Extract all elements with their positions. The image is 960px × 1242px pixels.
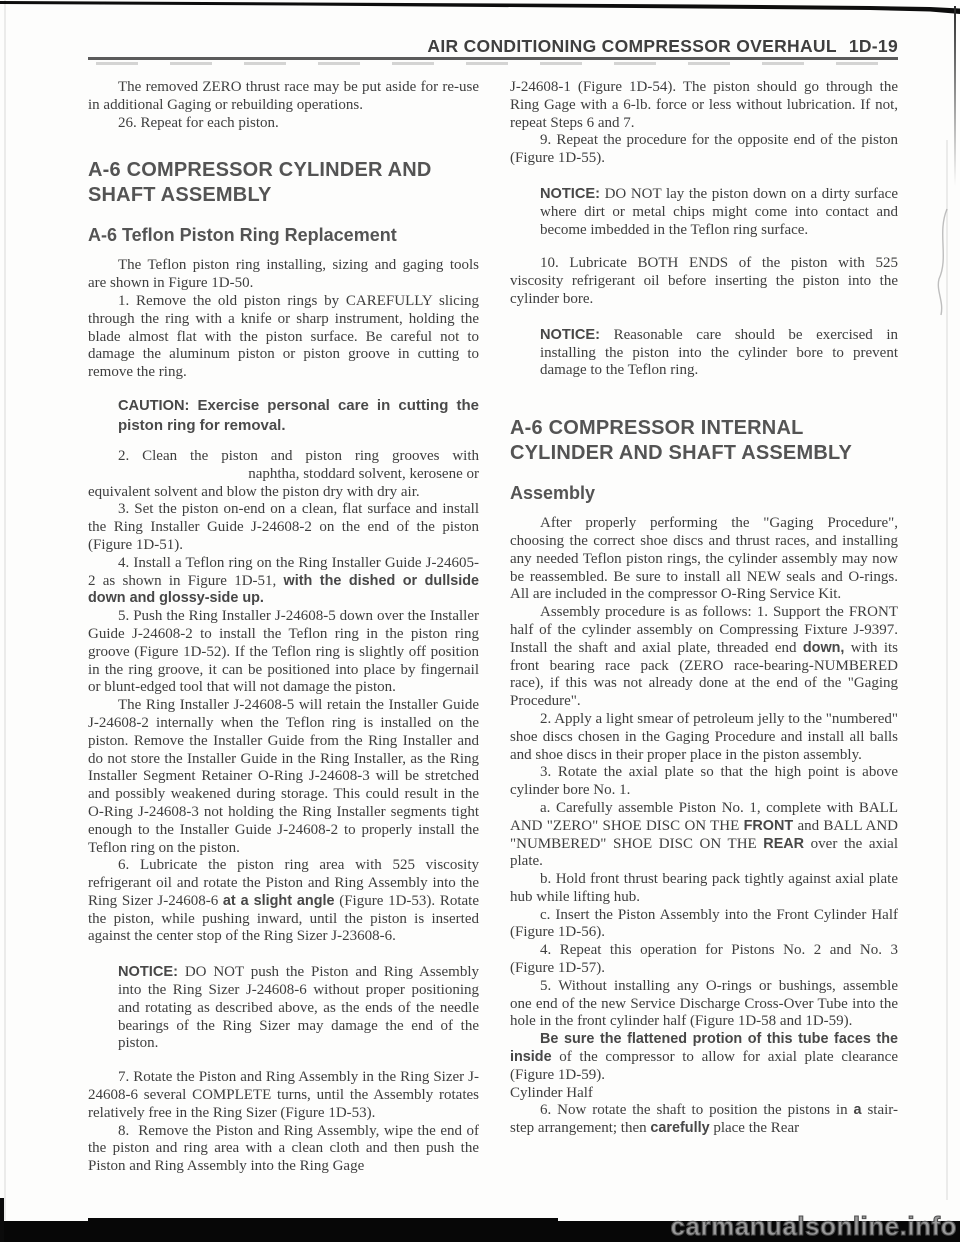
text-segment: 26. Repeat for each piston. — [118, 115, 279, 131]
paragraph: 2. Apply a light smear of petroleum jell… — [510, 711, 898, 764]
text-segment: 10. Lubricate BOTH ENDS of the piston wi… — [510, 255, 898, 307]
text-segment: 7. Rotate the Piston and Ring Assembly i… — [88, 1069, 479, 1121]
paragraph: The Ring Installer J-24608-5 will retain… — [88, 697, 479, 857]
paragraph: a. Carefully assemble Piston No. 1, comp… — [510, 800, 898, 871]
paragraph: The removed ZERO thrust race may be put … — [88, 79, 479, 115]
notice-note: NOTICE: Reasonable care should be exerci… — [540, 327, 898, 380]
notice-note: NOTICE: DO NOT lay the piston down on a … — [540, 186, 898, 239]
paragraph: Be sure the flattened protion of this tu… — [510, 1031, 898, 1084]
scan-right-edge-artifact — [954, 6, 956, 186]
paragraph: Assembly procedure is as follows: 1. Sup… — [510, 604, 898, 711]
scan-top-edge-artifact — [0, 0, 960, 18]
scan-bottom-left-sliver — [0, 1198, 4, 1242]
right-column: J-24608-1 (Figure 1D-54). The piston sho… — [510, 79, 898, 1138]
paragraph: 5. Without installing any O-rings or bus… — [510, 978, 898, 1031]
text-segment: 5. Without installing any O-rings or bus… — [510, 978, 898, 1030]
section-heading: A-6 COMPRESSOR INTERNAL CYLINDER AND SHA… — [510, 416, 898, 466]
paragraph: 6. Lubricate the piston ring area with 5… — [88, 857, 479, 946]
paragraph: 3. Set the piston on-end on a clean, fla… — [88, 501, 479, 554]
paragraph: Cylinder Half — [510, 1085, 898, 1103]
header-rule-ghost — [96, 62, 890, 65]
paragraph: 10. Lubricate BOTH ENDS of the piston wi… — [510, 255, 898, 308]
text-segment-bold: carefully — [650, 1120, 709, 1136]
notice-note: NOTICE: DO NOT push the Piston and Ring … — [118, 964, 479, 1053]
sub-heading: Assembly — [510, 482, 898, 505]
page-number: 1D-19 — [849, 36, 898, 56]
manual-page: { "header": { "title": "AIR CONDITIONING… — [0, 0, 960, 1242]
text-segment: 3. Rotate the axial plate so that the hi… — [510, 764, 898, 798]
text-segment: The Teflon piston ring installing, sizin… — [88, 257, 479, 291]
text-line: 2. Clean the piston and piston ring groo… — [88, 448, 479, 466]
text-segment-bold: at a slight angle — [223, 893, 335, 909]
paragraph: After properly performing the "Gaging Pr… — [510, 515, 898, 604]
text-segment: 3. Set the piston on-end on a clean, fla… — [88, 501, 479, 553]
text-line: naphtha, stoddard solvent, kerosene or — [88, 466, 479, 484]
text-segment-bold: REAR — [763, 836, 804, 852]
notice-label: NOTICE: — [540, 327, 600, 343]
text-segment: After properly performing the "Gaging Pr… — [510, 515, 898, 602]
text-segment: 8. Remove the Piston and Ring Assembly, … — [88, 1123, 479, 1175]
text-segment: The Ring Installer J-24608-5 will retain… — [88, 697, 479, 855]
text-segment: c. Insert the Piston Assembly into the F… — [510, 907, 898, 941]
paragraph: 9. Repeat the procedure for the opposite… — [510, 132, 898, 168]
text-segment-bold: down, — [803, 640, 845, 656]
text-segment: 2. Apply a light smear of petroleum jell… — [510, 711, 898, 763]
paragraph: 7. Rotate the Piston and Ring Assembly i… — [88, 1069, 479, 1122]
text-segment: J-24608-1 (Figure 1D-54). The piston sho… — [510, 79, 898, 131]
text-segment: of the compressor to allow for axial pla… — [510, 1049, 898, 1083]
paragraph: 5. Push the Ring Installer J-24608-5 dow… — [88, 608, 479, 697]
paragraph: 6. Now rotate the shaft to position the … — [510, 1102, 898, 1138]
paragraph: J-24608-1 (Figure 1D-54). The piston sho… — [510, 79, 898, 132]
watermark-text: carmanualsonline.info — [671, 1211, 957, 1242]
text-segment: 5. Push the Ring Installer J-24608-5 dow… — [88, 608, 479, 695]
scan-right-edge-faint-line — [946, 140, 948, 1200]
text-segment: 6. Now rotate the shaft to position the … — [540, 1102, 854, 1118]
text-segment: 4. Repeat this operation for Pistons No.… — [510, 942, 898, 976]
paragraph: 8. Remove the Piston and Ring Assembly, … — [88, 1123, 479, 1176]
sub-heading: A-6 Teflon Piston Ring Replacement — [88, 224, 479, 247]
scan-squiggle-artifact — [928, 205, 954, 320]
page-header: AIR CONDITIONING COMPRESSOR OVERHAUL1D-1… — [88, 36, 898, 57]
paragraph: 3. Rotate the axial plate so that the hi… — [510, 764, 898, 800]
caution-label: CAUTION: — [118, 398, 189, 414]
text-segment: 9. Repeat the procedure for the opposite… — [510, 132, 898, 166]
text-segment: 1. Remove the old piston rings by CAREFU… — [88, 293, 479, 380]
paragraph: 1. Remove the old piston rings by CAREFU… — [88, 293, 479, 382]
caution-note: CAUTION: Exercise personal care in cutti… — [118, 396, 479, 436]
paragraph: 4. Install a Teflon ring on the Ring Ins… — [88, 555, 479, 608]
paragraph: b. Hold front thrust bearing pack tightl… — [510, 871, 898, 907]
left-column: The removed ZERO thrust race may be put … — [88, 79, 479, 1176]
section-heading: A-6 COMPRESSOR CYLINDER AND SHAFT ASSEMB… — [88, 158, 479, 208]
header-rule — [88, 57, 898, 60]
paragraph: 4. Repeat this operation for Pistons No.… — [510, 942, 898, 978]
text-segment: place the Rear — [710, 1120, 800, 1136]
text-segment: Cylinder Half — [510, 1085, 593, 1101]
paragraph: The Teflon piston ring installing, sizin… — [88, 257, 479, 293]
text-segment: The removed ZERO thrust race may be put … — [88, 79, 479, 113]
text-line: equivalent solvent and blow the piston d… — [88, 484, 479, 502]
notice-label: NOTICE: — [118, 964, 178, 980]
paragraph: 2. Clean the piston and piston ring groo… — [88, 448, 479, 501]
page-title: AIR CONDITIONING COMPRESSOR OVERHAUL — [427, 36, 836, 56]
notice-label: NOTICE: — [540, 186, 600, 202]
paragraph: c. Insert the Piston Assembly into the F… — [510, 907, 898, 943]
text-segment: b. Hold front thrust bearing pack tightl… — [510, 871, 898, 905]
text-segment-bold: FRONT — [744, 818, 794, 834]
paragraph: 26. Repeat for each piston. — [88, 115, 479, 133]
text-segment-bold: a — [854, 1102, 862, 1118]
scan-left-edge-faint-line — [4, 0, 6, 1220]
